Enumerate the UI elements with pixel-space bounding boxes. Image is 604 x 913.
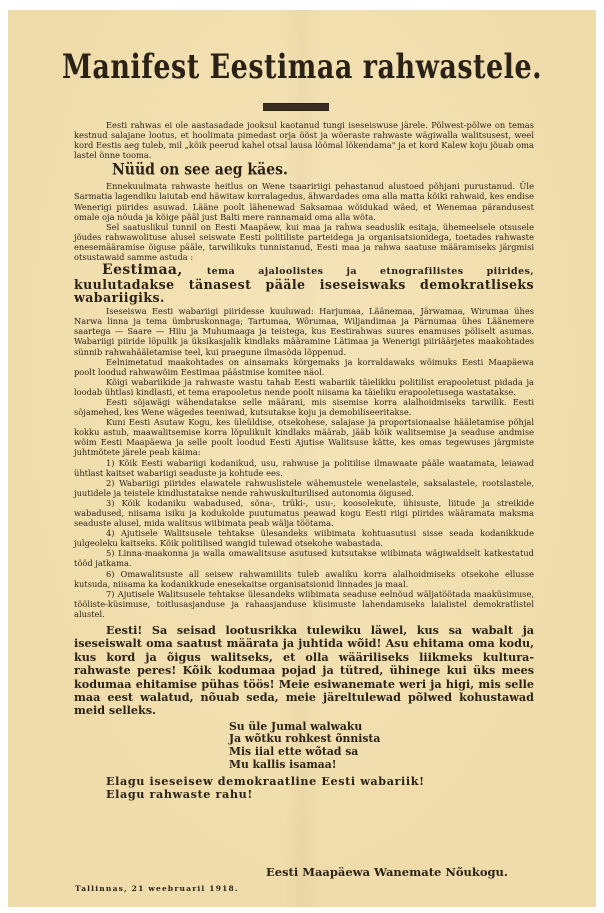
paragraph: Ennekuulmata rahwaste heitlus on Wene ts… [74, 181, 534, 221]
proclamation: Eestimaa, tema ajaloolistes ja etnografi… [74, 263, 534, 304]
signature: Eesti Maapäewa Wanemate Nõukogu. [266, 865, 508, 879]
numbered-point: 6) Omawalitsuste all seisew rahwamiilits… [74, 569, 534, 589]
numbered-point: 7) Ajutisele Walitsusele tehtakse ülesan… [74, 589, 534, 619]
document-title: Manifest Eestimaa rahwastele. [8, 48, 596, 87]
proclamation-lead: Eestimaa, [102, 262, 183, 278]
articles: Iseseiswa Eesti wabariigi piiridesse kuu… [74, 306, 534, 619]
cheer-line: Elagu rahwaste rahu! [106, 788, 534, 801]
numbered-point: 4) Ajutisele Walitsusele tehtakse ülesan… [74, 528, 534, 548]
dateline: Tallinnas, 21 weebruaril 1918. [75, 884, 239, 893]
article: Iseseiswa Eesti wabariigi piiridesse kuu… [74, 306, 534, 356]
intro-paragraph: Eesti rahwas ei ole aastasadade jooksul … [74, 120, 534, 160]
verse-line: Mis iial ette wõtad sa [229, 746, 534, 759]
title-divider [263, 103, 329, 111]
document-body: Eesti rahwas ei ole aastasadade jooksul … [74, 120, 534, 801]
verse-line: Mu kallis isamaa! [229, 759, 534, 772]
article: Kõigi wabariikide ja rahwaste wastu taha… [74, 377, 534, 397]
proclamation-middle: tema ajaloolistes ja etnografilistes pii… [207, 266, 534, 277]
article: Eesti sõjawägi wähendatakse selle määran… [74, 397, 534, 417]
numbered-point: 3) Kõik kodaniku wabadused, sõna-, trüki… [74, 498, 534, 528]
subheading: Nüüd on see aeg käes. [112, 162, 534, 180]
numbered-point: 5) Linna-maakonna ja walla omawalitsuse … [74, 548, 534, 568]
numbered-point: 2) Wabariigi piirides elawatele rahwusli… [74, 478, 534, 498]
numbered-point: 1) Kõik Eesti wabariigi kodanikud, usu, … [74, 458, 534, 478]
appeal-lead: Eesti! [106, 623, 142, 637]
manifesto-sheet: Manifest Eestimaa rahwastele. Eesti rahw… [8, 10, 596, 907]
anthem-verse: Su üle Jumal walwaku Ja wõtku rohkest õn… [229, 721, 534, 771]
paragraph: Sel saatuslikul tunnil on Eesti Maapäew,… [74, 222, 534, 262]
appeal-paragraph: Eesti! Sa seisad lootusrikka tulewiku lä… [74, 624, 534, 718]
article: Kuni Eesti Asutaw Kogu, kes üleüldise, o… [74, 417, 534, 457]
proclamation-rest: kuulutadakse tänasest pääle iseseiswaks … [74, 277, 534, 305]
closing-cheers: Elagu iseseisew demokraatline Eesti waba… [106, 775, 534, 801]
appeal-text: Sa seisad lootusrikka tulewiku läwel, ku… [74, 623, 534, 717]
article: Eelnimetatud maakohtades on ainsamaks kõ… [74, 357, 534, 377]
